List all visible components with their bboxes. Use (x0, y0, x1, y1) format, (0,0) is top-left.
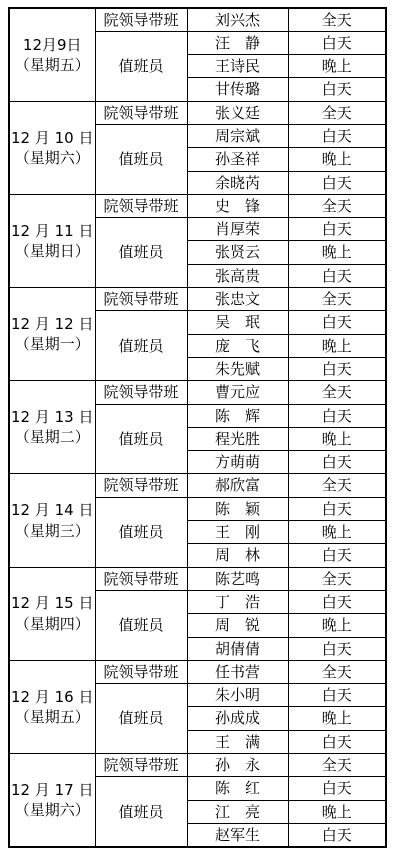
date-line2: （星期五） (10, 707, 95, 727)
name-cell: 陈 颖 (187, 497, 288, 520)
name-cell: 胡倩倩 (187, 637, 288, 660)
leader-role-cell: 院领导带班 (95, 567, 187, 590)
date-cell: 12 月 11 日 （星期日） (9, 194, 95, 287)
date-line1: 12 月 12 日 (10, 314, 95, 334)
date-line1: 12 月 11 日 (10, 221, 95, 241)
shift-cell: 晚上 (288, 707, 386, 730)
date-line2: （星期日） (10, 241, 95, 261)
shift-cell: 晚上 (288, 614, 386, 637)
name-cell: 陈 红 (187, 777, 288, 800)
date-line2: （星期四） (10, 614, 95, 634)
duty-role-cell: 值班员 (95, 218, 187, 288)
duty-role-cell: 值班员 (95, 404, 187, 474)
shift-cell: 晚上 (288, 427, 386, 450)
date-line1: 12 月 10 日 (10, 128, 95, 148)
name-cell: 刘兴杰 (187, 8, 288, 31)
date-cell: 12 月 15 日 （星期四） (9, 567, 95, 660)
shift-cell: 白天 (288, 78, 386, 101)
shift-cell: 全天 (288, 754, 386, 777)
name-cell: 郝欣富 (187, 474, 288, 497)
date-cell: 12 月 17 日 （星期六） (9, 754, 95, 848)
shift-cell: 全天 (288, 381, 386, 404)
duty-roster-table: 12月9日 （星期五） 院领导带班 刘兴杰 全天 值班员 汪 静 白天 王诗民 … (8, 7, 387, 848)
shift-cell: 全天 (288, 194, 386, 217)
date-line2: （星期六） (10, 148, 95, 168)
shift-cell: 全天 (288, 660, 386, 683)
name-cell: 孙圣祥 (187, 148, 288, 171)
date-cell: 12 月 10 日 （星期六） (9, 101, 95, 194)
name-cell: 周宗斌 (187, 124, 288, 147)
leader-role-cell: 院领导带班 (95, 101, 187, 124)
name-cell: 王诗民 (187, 55, 288, 78)
date-cell: 12月9日 （星期五） (9, 8, 95, 101)
roster-body: 12月9日 （星期五） 院领导带班 刘兴杰 全天 值班员 汪 静 白天 王诗民 … (9, 8, 386, 847)
duty-role-cell: 值班员 (95, 777, 187, 847)
shift-cell: 白天 (288, 357, 386, 380)
date-line1: 12 月 14 日 (10, 500, 95, 520)
shift-cell: 晚上 (288, 800, 386, 823)
name-cell: 曹元应 (187, 381, 288, 404)
name-cell: 肖厚荣 (187, 218, 288, 241)
leader-role-cell: 院领导带班 (95, 288, 187, 311)
duty-role-cell: 值班员 (95, 590, 187, 660)
shift-cell: 晚上 (288, 521, 386, 544)
date-cell: 12 月 16 日 （星期五） (9, 660, 95, 753)
shift-cell: 晚上 (288, 334, 386, 357)
leader-role-cell: 院领导带班 (95, 381, 187, 404)
name-cell: 王 刚 (187, 521, 288, 544)
shift-cell: 晚上 (288, 148, 386, 171)
name-cell: 方萌萌 (187, 451, 288, 474)
name-cell: 朱先赋 (187, 357, 288, 380)
name-cell: 丁 浩 (187, 590, 288, 613)
shift-cell: 白天 (288, 404, 386, 427)
shift-cell: 白天 (288, 823, 386, 847)
name-cell: 陈艺鸣 (187, 567, 288, 590)
name-cell: 余晓芮 (187, 171, 288, 194)
name-cell: 张贤云 (187, 241, 288, 264)
shift-cell: 白天 (288, 637, 386, 660)
shift-cell: 白天 (288, 218, 386, 241)
shift-cell: 晚上 (288, 55, 386, 78)
date-line1: 12 月 17 日 (10, 780, 95, 800)
duty-role-cell: 值班员 (95, 497, 187, 567)
date-line1: 12 月 13 日 (10, 407, 95, 427)
shift-cell: 白天 (288, 31, 386, 54)
shift-cell: 白天 (288, 684, 386, 707)
name-cell: 任书营 (187, 660, 288, 683)
shift-cell: 白天 (288, 451, 386, 474)
duty-role-cell: 值班员 (95, 684, 187, 754)
date-line2: （星期六） (10, 800, 95, 820)
shift-cell: 全天 (288, 8, 386, 31)
leader-role-cell: 院领导带班 (95, 8, 187, 31)
name-cell: 甘传璐 (187, 78, 288, 101)
date-cell: 12 月 12 日 （星期一） (9, 288, 95, 381)
date-cell: 12 月 14 日 （星期三） (9, 474, 95, 567)
name-cell: 朱小明 (187, 684, 288, 707)
name-cell: 汪 静 (187, 31, 288, 54)
date-line2: （星期五） (10, 55, 95, 75)
shift-cell: 全天 (288, 288, 386, 311)
name-cell: 吴 珉 (187, 311, 288, 334)
name-cell: 赵军生 (187, 823, 288, 847)
shift-cell: 白天 (288, 311, 386, 334)
name-cell: 张高贵 (187, 264, 288, 287)
name-cell: 庞 飞 (187, 334, 288, 357)
date-cell: 12 月 13 日 （星期二） (9, 381, 95, 474)
name-cell: 史 锋 (187, 194, 288, 217)
shift-cell: 晚上 (288, 241, 386, 264)
name-cell: 陈 辉 (187, 404, 288, 427)
leader-role-cell: 院领导带班 (95, 660, 187, 683)
duty-role-cell: 值班员 (95, 311, 187, 381)
duty-role-cell: 值班员 (95, 124, 187, 194)
shift-cell: 白天 (288, 730, 386, 753)
name-cell: 江 亮 (187, 800, 288, 823)
leader-role-cell: 院领导带班 (95, 194, 187, 217)
shift-cell: 白天 (288, 264, 386, 287)
name-cell: 周 锐 (187, 614, 288, 637)
shift-cell: 白天 (288, 590, 386, 613)
date-line2: （星期三） (10, 521, 95, 541)
shift-cell: 白天 (288, 544, 386, 567)
leader-role-cell: 院领导带班 (95, 754, 187, 777)
name-cell: 周 林 (187, 544, 288, 567)
name-cell: 孙 永 (187, 754, 288, 777)
leader-role-cell: 院领导带班 (95, 474, 187, 497)
shift-cell: 全天 (288, 474, 386, 497)
date-line1: 12月9日 (10, 35, 95, 55)
name-cell: 王 满 (187, 730, 288, 753)
name-cell: 张义廷 (187, 101, 288, 124)
duty-role-cell: 值班员 (95, 31, 187, 101)
shift-cell: 白天 (288, 124, 386, 147)
shift-cell: 白天 (288, 777, 386, 800)
name-cell: 张忠文 (187, 288, 288, 311)
date-line2: （星期一） (10, 334, 95, 354)
shift-cell: 全天 (288, 567, 386, 590)
shift-cell: 全天 (288, 101, 386, 124)
shift-cell: 白天 (288, 497, 386, 520)
name-cell: 程光胜 (187, 427, 288, 450)
date-line1: 12 月 16 日 (10, 687, 95, 707)
date-line1: 12 月 15 日 (10, 593, 95, 613)
date-line2: （星期二） (10, 427, 95, 447)
name-cell: 孙成成 (187, 707, 288, 730)
shift-cell: 白天 (288, 171, 386, 194)
